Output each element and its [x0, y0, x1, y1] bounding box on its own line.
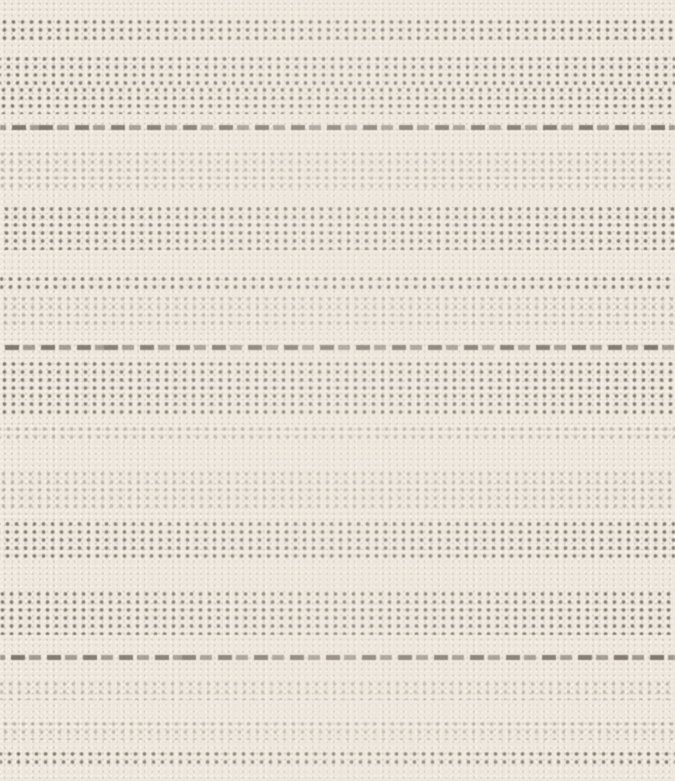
light-fade-overlay — [0, 0, 675, 781]
rug-texture-photo — [0, 0, 675, 781]
